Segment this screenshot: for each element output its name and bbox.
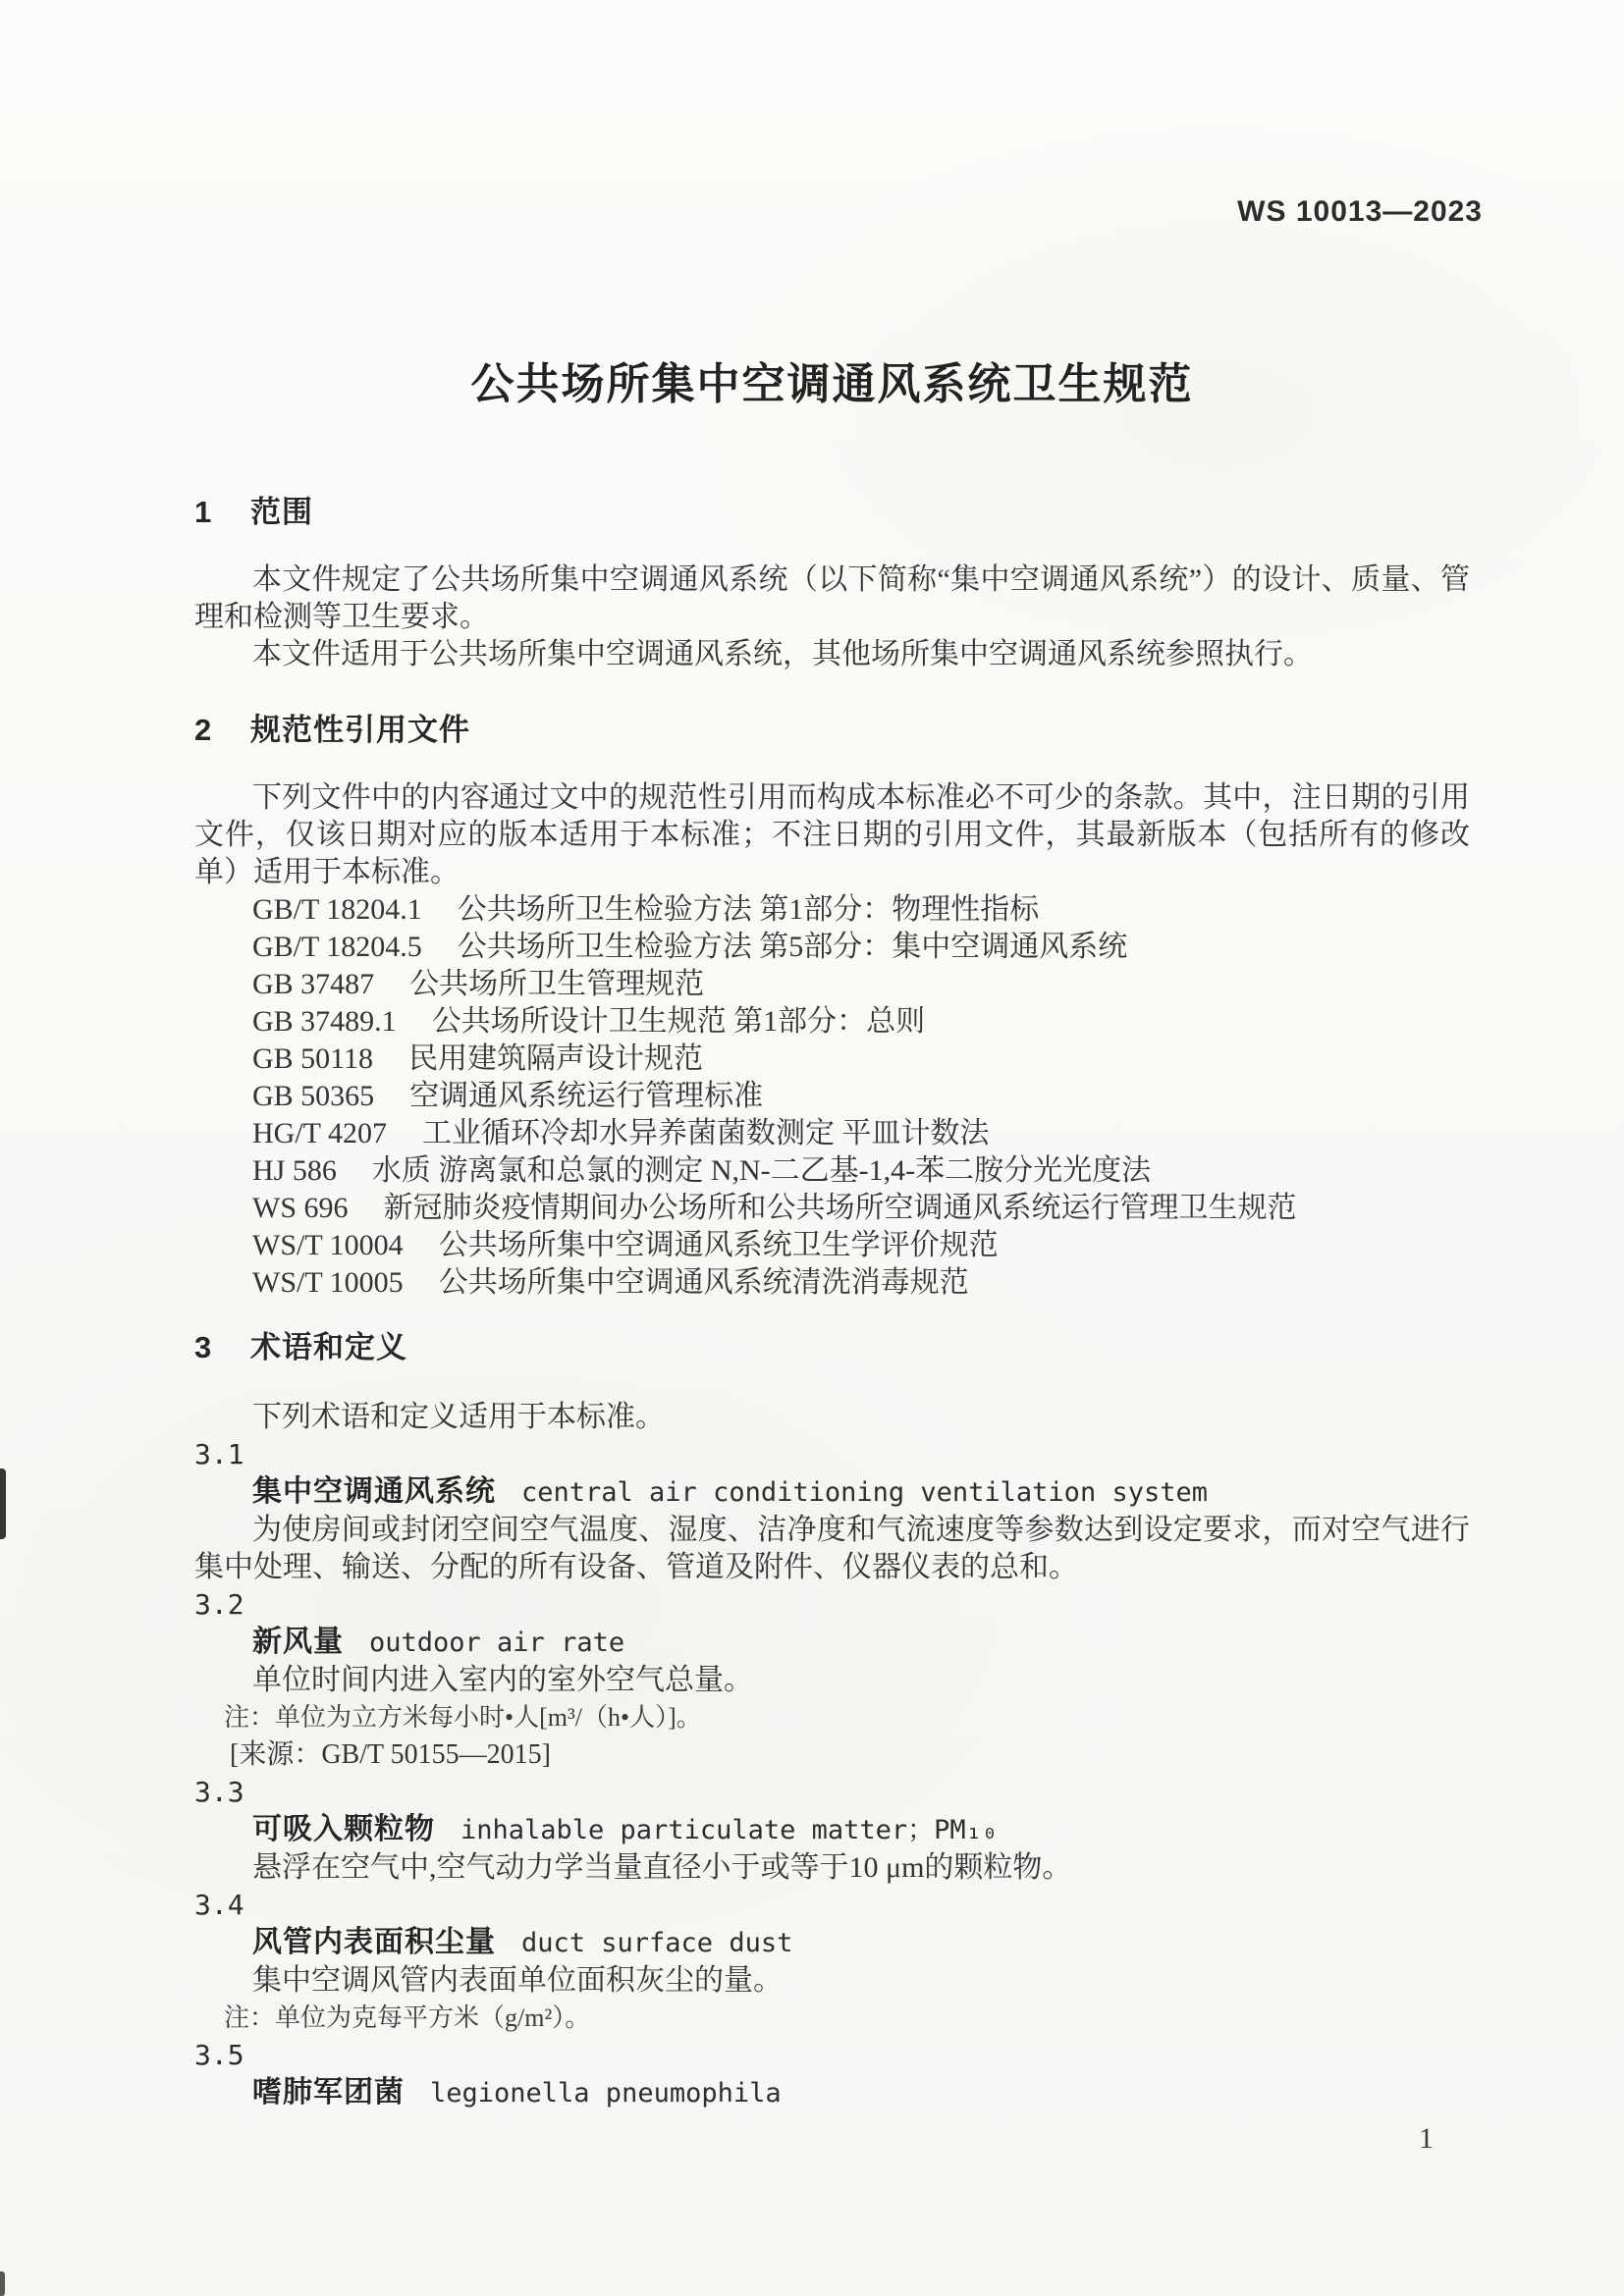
document-content: 公共场所集中空调通风系统卫生规范 1 范围 本文件规定了公共场所集中空调通风系统… xyxy=(0,28,1624,2112)
term-en: outdoor air rate xyxy=(369,1628,624,1658)
term-definition: 悬浮在空气中,空气动力学当量直径小于或等于10 μm的颗粒物。 xyxy=(194,1849,1470,1887)
section-number: 2 xyxy=(194,712,250,749)
reference-code: GB 37487 xyxy=(252,968,374,1000)
reference-item: WS/T 10004公共场所集中空调通风系统卫生学评价规范 xyxy=(252,1227,1470,1264)
term-entry: 3.1 集中空调通风系统central air conditioning ven… xyxy=(194,1436,1470,1586)
reference-title: 公共场所设计卫生规范 第1部分：总则 xyxy=(432,1005,926,1038)
reference-title: 水质 游离氯和总氯的测定 N,N-二乙基-1,4-苯二胺分光光度法 xyxy=(372,1154,1151,1187)
reference-code: GB 50118 xyxy=(252,1042,373,1075)
reference-title: 民用建筑隔声设计规范 xyxy=(408,1042,703,1075)
term-zh: 集中空调通风系统 xyxy=(252,1475,496,1508)
section-3-body: 下列术语和定义适用于本标准。 3.1 集中空调通风系统central air c… xyxy=(194,1399,1470,2112)
reference-code: GB/T 18204.1 xyxy=(252,893,422,926)
section-1-body: 本文件规定了公共场所集中空调通风系统（以下简称“集中空调通风系统”）的设计、质量… xyxy=(194,561,1470,673)
section-2-heading: 2 规范性引用文件 xyxy=(194,712,1470,749)
reference-item: GB 50365空调通风系统运行管理标准 xyxy=(252,1078,1470,1115)
term-heading: 新风量outdoor air rate xyxy=(194,1624,1470,1662)
reference-code: GB/T 18204.5 xyxy=(252,931,422,963)
section-3-heading: 3 术语和定义 xyxy=(194,1329,1470,1366)
reference-title: 公共场所卫生检验方法 第5部分：集中空调通风系统 xyxy=(458,931,1128,963)
paragraph: 下列文件中的内容通过文中的规范性引用而构成本标准必不可少的条款。其中，注日期的引… xyxy=(194,779,1470,891)
scan-artifact xyxy=(0,2271,5,2296)
scan-artifact xyxy=(0,1468,6,1539)
reference-title: 工业循环冷却水异养菌菌数测定 平皿计数法 xyxy=(422,1117,990,1149)
term-en: central air conditioning ventilation sys… xyxy=(521,1477,1208,1508)
reference-item: GB/T 18204.1公共场所卫生检验方法 第1部分：物理性指标 xyxy=(252,891,1470,929)
term-heading: 嗜肺军团菌legionella pneumophila xyxy=(194,2074,1470,2112)
reference-title: 公共场所集中空调通风系统清洗消毒规范 xyxy=(439,1266,969,1299)
paragraph: 本文件规定了公共场所集中空调通风系统（以下简称“集中空调通风系统”）的设计、质量… xyxy=(194,561,1470,636)
paragraph: 本文件适用于公共场所集中空调通风系统，其他场所集中空调通风系统参照执行。 xyxy=(194,636,1470,673)
reference-code: GB 50365 xyxy=(252,1080,374,1112)
page-number: 1 xyxy=(1419,2122,1434,2156)
term-number: 3.3 xyxy=(194,1774,1470,1811)
term-heading: 风管内表面积尘量duct surface dust xyxy=(194,1924,1470,1962)
term-entry: 3.5 嗜肺军团菌legionella pneumophila xyxy=(194,2037,1470,2112)
document-page: WS 10013—2023 公共场所集中空调通风系统卫生规范 1 范围 本文件规… xyxy=(0,0,1624,2296)
reference-item: GB 37487公共场所卫生管理规范 xyxy=(252,966,1470,1003)
term-zh: 新风量 xyxy=(252,1626,344,1658)
term-zh: 风管内表面积尘量 xyxy=(252,1926,496,1958)
section-1-heading: 1 范围 xyxy=(194,494,1470,531)
term-definition: 为使房间或封闭空间空气温度、湿度、洁净度和气流速度等参数达到设定要求，而对空气进… xyxy=(194,1512,1470,1586)
reference-item: GB 37489.1公共场所设计卫生规范 第1部分：总则 xyxy=(252,1003,1470,1041)
term-zh: 嗜肺军团菌 xyxy=(252,2076,405,2109)
term-number: 3.1 xyxy=(194,1436,1470,1473)
term-heading: 集中空调通风系统central air conditioning ventila… xyxy=(194,1473,1470,1512)
reference-item: WS 696新冠肺炎疫情期间办公场所和公共场所空调通风系统运行管理卫生规范 xyxy=(252,1190,1470,1227)
term-source: [来源：GB/T 50155—2015] xyxy=(194,1736,1470,1774)
reference-title: 空调通风系统运行管理标准 xyxy=(409,1080,763,1112)
term-en: inhalable particulate matter；PM₁₀ xyxy=(460,1815,998,1845)
section-2-body: 下列文件中的内容通过文中的规范性引用而构成本标准必不可少的条款。其中，注日期的引… xyxy=(194,779,1470,1302)
section-heading-text: 规范性引用文件 xyxy=(250,712,470,749)
term-en: duct surface dust xyxy=(521,1928,792,1958)
reference-item: GB 50118民用建筑隔声设计规范 xyxy=(252,1041,1470,1078)
reference-code: WS/T 10004 xyxy=(252,1229,404,1261)
reference-list: GB/T 18204.1公共场所卫生检验方法 第1部分：物理性指标 GB/T 1… xyxy=(194,891,1470,1302)
reference-item: WS/T 10005公共场所集中空调通风系统清洗消毒规范 xyxy=(252,1264,1470,1302)
reference-title: 公共场所卫生检验方法 第1部分：物理性指标 xyxy=(458,893,1040,926)
reference-code: HG/T 4207 xyxy=(252,1117,387,1149)
term-entry: 3.4 风管内表面积尘量duct surface dust 集中空调风管内表面单… xyxy=(194,1887,1470,2037)
reference-title: 公共场所卫生管理规范 xyxy=(409,968,704,1000)
section-heading-text: 术语和定义 xyxy=(250,1329,407,1366)
section-number: 3 xyxy=(194,1329,250,1366)
term-en: legionella pneumophila xyxy=(430,2078,782,2109)
section-heading-text: 范围 xyxy=(250,494,313,531)
term-number: 3.5 xyxy=(194,2037,1470,2074)
reference-item: GB/T 18204.5公共场所卫生检验方法 第5部分：集中空调通风系统 xyxy=(252,929,1470,966)
reference-item: HG/T 4207工业循环冷却水异养菌菌数测定 平皿计数法 xyxy=(252,1115,1470,1152)
terms-intro: 下列术语和定义适用于本标准。 xyxy=(194,1399,1470,1436)
term-entry: 3.3 可吸入颗粒物inhalable particulate matter；P… xyxy=(194,1774,1470,1887)
reference-code: HJ 586 xyxy=(252,1154,337,1187)
term-note: 注：单位为立方米每小时•人[m³/（h•人）]。 xyxy=(194,1699,1470,1736)
term-definition: 单位时间内进入室内的室外空气总量。 xyxy=(194,1662,1470,1699)
reference-title: 公共场所集中空调通风系统卫生学评价规范 xyxy=(439,1229,999,1261)
term-note: 注：单位为克每平方米（g/m²）。 xyxy=(194,2000,1470,2037)
term-number: 3.2 xyxy=(194,1586,1470,1624)
term-zh: 可吸入颗粒物 xyxy=(252,1813,435,1845)
reference-title: 新冠肺炎疫情期间办公场所和公共场所空调通风系统运行管理卫生规范 xyxy=(384,1192,1297,1224)
reference-code: GB 37489.1 xyxy=(252,1005,397,1038)
term-number: 3.4 xyxy=(194,1887,1470,1924)
term-entry: 3.2 新风量outdoor air rate 单位时间内进入室内的室外空气总量… xyxy=(194,1586,1470,1774)
term-definition: 集中空调风管内表面单位面积灰尘的量。 xyxy=(194,1962,1470,2000)
term-heading: 可吸入颗粒物inhalable particulate matter；PM₁₀ xyxy=(194,1811,1470,1849)
reference-code: WS/T 10005 xyxy=(252,1266,404,1299)
reference-item: HJ 586水质 游离氯和总氯的测定 N,N-二乙基-1,4-苯二胺分光光度法 xyxy=(252,1152,1470,1190)
standard-code: WS 10013—2023 xyxy=(1237,195,1483,229)
section-number: 1 xyxy=(194,494,250,531)
reference-code: WS 696 xyxy=(252,1192,349,1224)
